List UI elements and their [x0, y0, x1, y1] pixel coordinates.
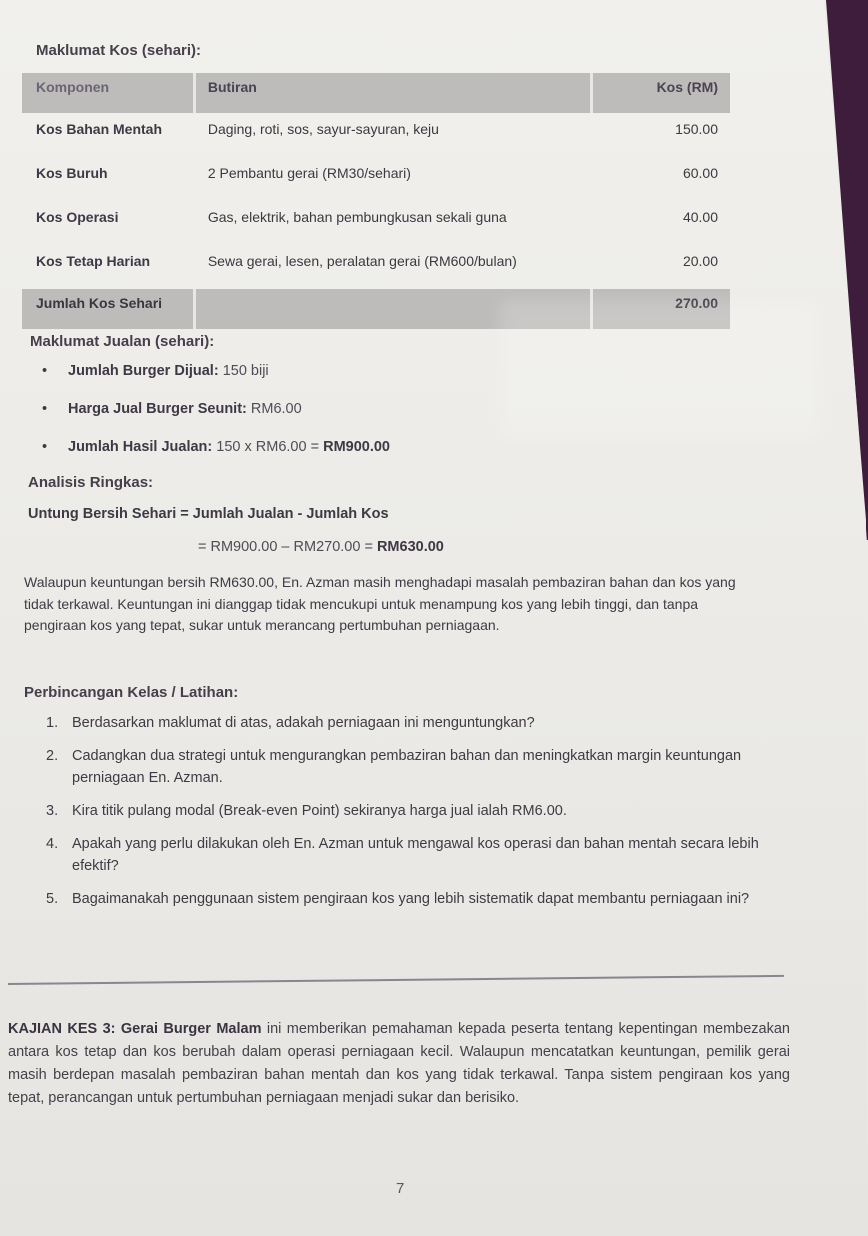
calculation-result: RM630.00 [377, 539, 444, 555]
row-cost: 60.00 [593, 157, 730, 201]
question-number: 2. [46, 745, 58, 767]
cost-section-heading: Maklumat Kos (sehari): [36, 42, 201, 59]
calculation-text: = RM900.00 – RM270.00 = [198, 539, 373, 555]
list-item: 4.Apakah yang perlu dilakukan oleh En. A… [24, 833, 784, 877]
table-row: Kos Bahan Mentah Daging, roti, sos, sayu… [22, 113, 730, 157]
row-component: Kos Buruh [22, 157, 196, 201]
row-detail: Daging, roti, sos, sayur-sayuran, keju [196, 113, 593, 157]
profit-calculation: = RM900.00 – RM270.00 = RM630.00 [198, 539, 444, 555]
list-item: 2.Cadangkan dua strategi untuk mengurang… [24, 745, 784, 789]
item-value: RM6.00 [251, 401, 302, 417]
question-number: 5. [46, 888, 58, 910]
row-cost: 150.00 [593, 113, 730, 157]
list-item: Jumlah Hasil Jualan: 150 x RM6.00 = RM90… [30, 437, 390, 471]
page-number: 7 [396, 1180, 404, 1197]
header-component: Komponen [22, 73, 196, 113]
row-cost: 40.00 [593, 201, 730, 245]
item-value: 150 biji [223, 363, 269, 379]
list-item: 1.Berdasarkan maklumat di atas, adakah p… [24, 712, 784, 734]
row-detail: Sewa gerai, lesen, peralatan gerai (RM60… [196, 245, 593, 289]
analysis-paragraph: Walaupun keuntungan bersih RM630.00, En.… [24, 572, 764, 637]
row-detail: Gas, elektrik, bahan pembungkusan sekali… [196, 201, 593, 245]
item-label: Jumlah Hasil Jualan: [68, 439, 212, 455]
row-cost: 20.00 [593, 245, 730, 289]
question-text: Bagaimanakah penggunaan sistem pengiraan… [72, 891, 749, 907]
cost-table-header: Komponen Butiran Kos (RM) [22, 73, 730, 113]
cost-table: Komponen Butiran Kos (RM) Kos Bahan Ment… [22, 73, 730, 329]
cost-table-total: Jumlah Kos Sehari 270.00 [22, 289, 730, 329]
total-spacer [196, 289, 593, 329]
list-item: Jumlah Burger Dijual: 150 biji [30, 361, 390, 395]
total-label: Jumlah Kos Sehari [22, 289, 196, 329]
list-item: 5.Bagaimanakah penggunaan sistem pengira… [24, 888, 784, 910]
table-row: Kos Buruh 2 Pembantu gerai (RM30/sehari)… [22, 157, 730, 201]
total-value: 270.00 [593, 289, 730, 329]
row-component: Kos Bahan Mentah [22, 113, 196, 157]
question-text: Apakah yang perlu dilakukan oleh En. Azm… [72, 836, 759, 874]
item-value: 150 x RM6.00 = [216, 439, 319, 455]
question-number: 4. [46, 833, 58, 855]
discussion-heading: Perbincangan Kelas / Latihan: [24, 684, 238, 701]
question-text: Kira titik pulang modal (Break-even Poin… [72, 803, 567, 819]
section-divider [8, 975, 784, 985]
question-number: 1. [46, 712, 58, 734]
table-row: Kos Tetap Harian Sewa gerai, lesen, pera… [22, 245, 730, 289]
profit-formula: Untung Bersih Sehari = Jumlah Jualan - J… [28, 506, 389, 522]
table-row: Kos Operasi Gas, elektrik, bahan pembung… [22, 201, 730, 245]
question-number: 3. [46, 800, 58, 822]
row-component: Kos Tetap Harian [22, 245, 196, 289]
list-item: Harga Jual Burger Seunit: RM6.00 [30, 399, 390, 433]
item-label: Jumlah Burger Dijual: [68, 363, 219, 379]
sales-list: Jumlah Burger Dijual: 150 biji Harga Jua… [30, 357, 390, 471]
discussion-questions: 1.Berdasarkan maklumat di atas, adakah p… [24, 712, 784, 921]
question-text: Berdasarkan maklumat di atas, adakah per… [72, 715, 535, 731]
item-label: Harga Jual Burger Seunit: [68, 401, 247, 417]
case-study-title: KAJIAN KES 3: Gerai Burger Malam [8, 1021, 261, 1037]
row-component: Kos Operasi [22, 201, 196, 245]
header-detail: Butiran [196, 73, 593, 113]
sales-section-heading: Maklumat Jualan (sehari): [30, 333, 214, 350]
case-study-summary: KAJIAN KES 3: Gerai Burger Malam ini mem… [8, 1018, 790, 1110]
row-detail: 2 Pembantu gerai (RM30/sehari) [196, 157, 593, 201]
question-text: Cadangkan dua strategi untuk mengurangka… [72, 748, 741, 786]
item-result: RM900.00 [323, 439, 390, 455]
document-page: Maklumat Kos (sehari): Komponen Butiran … [0, 0, 868, 1236]
analysis-heading: Analisis Ringkas: [28, 474, 153, 491]
header-cost: Kos (RM) [593, 73, 730, 113]
list-item: 3.Kira titik pulang modal (Break-even Po… [24, 800, 784, 822]
